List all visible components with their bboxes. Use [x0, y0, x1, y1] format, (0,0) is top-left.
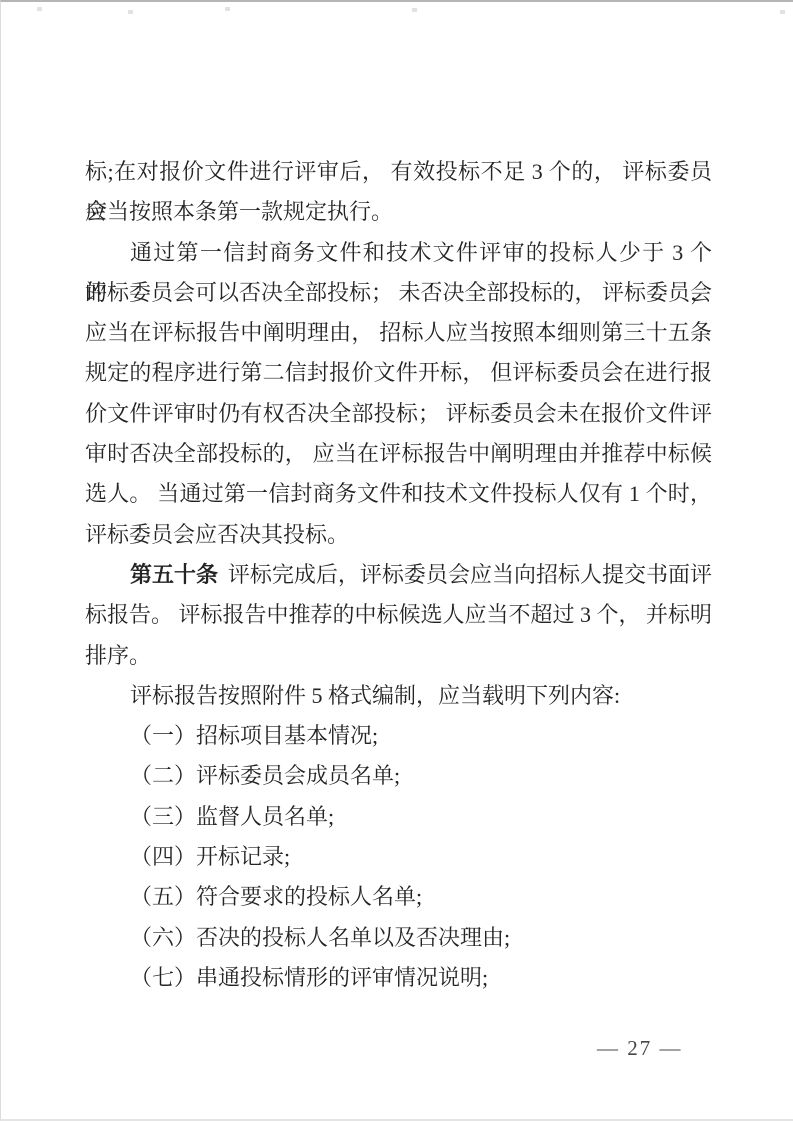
- body-text-line: 应当在评标报告中阐明理由， 招标人应当按照本细则第三十五条: [85, 313, 712, 353]
- article-number: 第五十条: [130, 562, 218, 587]
- body-text-line: 评标委员会应否决其投标。: [85, 515, 712, 555]
- body-text-line: 选人。 当通过第一信封商务文件和技术文件投标人仅有 1 个时，: [85, 474, 712, 514]
- scan-artifact: [128, 10, 133, 14]
- body-text-line: 应当按照本条第一款规定执行。: [85, 192, 712, 232]
- list-item-5: （五）符合要求的投标人名单;: [85, 877, 712, 917]
- document-page: 标;在对报价文件进行评审后， 有效投标不足 3 个的， 评标委员会 应当按照本条…: [0, 0, 793, 1121]
- body-text-line: 评标委员会可以否决全部投标； 未否决全部投标的， 评标委员会: [85, 273, 712, 313]
- article-50-heading-line: 第五十条评标完成后，评标委员会应当向招标人提交书面评: [85, 555, 712, 595]
- body-text-line: 审时否决全部投标的， 应当在评标报告中阐明理由并推荐中标候: [85, 434, 712, 474]
- scan-artifact: [412, 8, 417, 12]
- body-text-line: 通过第一信封商务文件和技术文件评审的投标人少于 3 个的，: [85, 233, 712, 273]
- list-item-7: （七）串通投标情形的评审情况说明;: [85, 958, 712, 998]
- article-text: 评标完成后，评标委员会应当向招标人提交书面评: [228, 562, 712, 587]
- list-item-6: （六）否决的投标人名单以及否决理由;: [85, 918, 712, 958]
- body-text-line: 价文件评审时仍有权否决全部投标； 评标委员会未在报价文件评: [85, 394, 712, 434]
- body-text-line: 标;在对报价文件进行评审后， 有效投标不足 3 个的， 评标委员会: [85, 152, 712, 192]
- body-text-line: 规定的程序进行第二信封报价文件开标， 但评标委员会在进行报: [85, 353, 712, 393]
- body-text-line: 评标报告按照附件 5 格式编制，应当载明下列内容:: [85, 676, 712, 716]
- list-item-1: （一）招标项目基本情况;: [85, 716, 712, 756]
- body-text-line: 标报告。 评标报告中推荐的中标候选人应当不超过 3 个， 并标明: [85, 595, 712, 635]
- list-item-2: （二）评标委员会成员名单;: [85, 756, 712, 796]
- scan-artifact: [225, 7, 230, 11]
- text-block: 标;在对报价文件进行评审后， 有效投标不足 3 个的， 评标委员会 应当按照本条…: [85, 152, 712, 998]
- body-text-line: 排序。: [85, 636, 712, 676]
- list-item-4: （四）开标记录;: [85, 837, 712, 877]
- page-number: — 27 —: [597, 1036, 683, 1060]
- scan-artifact: [780, 10, 785, 14]
- list-item-3: （三）监督人员名单;: [85, 797, 712, 837]
- scan-artifact: [37, 7, 42, 11]
